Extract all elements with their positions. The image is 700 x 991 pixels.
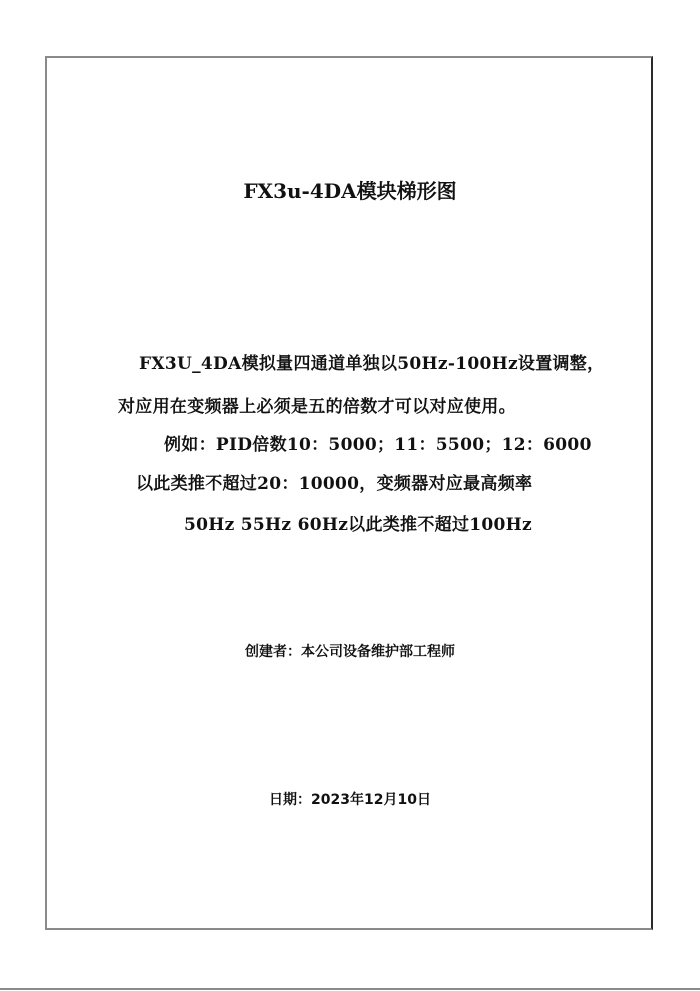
page-bottom-divider: [0, 988, 700, 990]
body-line-2: 对应用在变频器上必须是五的倍数才可以对应使用。: [0, 392, 516, 417]
body-line-5: 50Hz 55Hz 60Hz以此类推不超过100Hz: [0, 510, 532, 535]
body-line-3: 例如：PID倍数10：5000；11：5500；12：6000: [0, 430, 592, 455]
date-line: 日期：2023年12月10日: [0, 789, 700, 809]
body-line-1: FX3U_4DA模拟量四通道单独以50Hz-100Hz设置调整，: [0, 349, 604, 374]
creator-line: 创建者：本公司设备维护部工程师: [0, 641, 700, 661]
document-title: FX3u-4DA模块梯形图: [0, 175, 700, 204]
body-line-4: 以此类推不超过20：10000，变频器对应最高频率: [0, 469, 532, 494]
